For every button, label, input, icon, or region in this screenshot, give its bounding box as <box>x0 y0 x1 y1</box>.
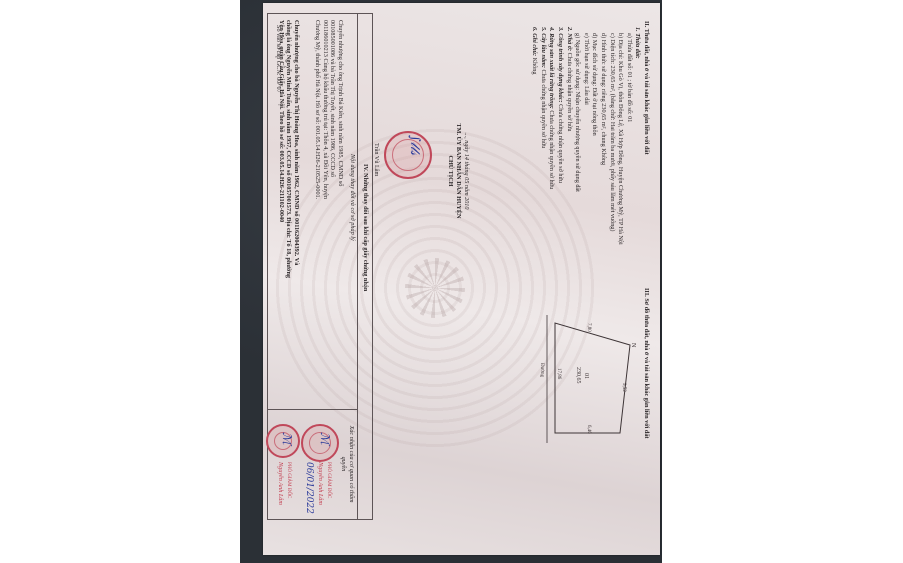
item-row: 5. Cây lâu năm: Chưa chứng nhận quyền sở… <box>538 27 547 245</box>
edge-length: 9,52 <box>621 383 626 392</box>
item-row: 2. Nhà ở: Chưa chứng nhận quyền sở hữu <box>564 27 573 245</box>
confirmation-signature-1: ℳ <box>318 432 332 445</box>
signer-name: Trần Vũ Lâm <box>372 143 380 176</box>
changes-content-column: Nội dung thay đổi và cơ sở pháp lý Chuyể… <box>268 14 358 410</box>
issuing-authority: TM. ỦY BAN NHÂN DÂN HUYỆN <box>454 111 462 231</box>
confirmation-signature-2: ℳ <box>280 432 294 445</box>
issue-block: ..., ngày 14 tháng 05 năm 2010 TM. ỦY BA… <box>446 111 470 231</box>
parcel-number: 01 <box>583 373 589 379</box>
change-entry-2: Chuyển nhượng cho bà Nguyễn Thị Hoàng Ho… <box>278 20 301 280</box>
parcel-line: đ) Mục đích sử dụng: Đất ở tại nông thôn <box>590 33 599 245</box>
parcel-line: d) Hình thức sử dụng: riêng 230,65 m², c… <box>598 33 607 245</box>
section-2-sub1: 1. Thửa đất: <box>633 21 642 245</box>
edge-length: 6,46 <box>586 425 591 434</box>
section-4-title: IV. Những thay đổi sau khi cấp giấy chứn… <box>361 164 369 291</box>
confirm-date: 06/01/2022 <box>304 462 314 514</box>
issue-date: ..., ngày 14 tháng 05 năm 2010 <box>462 111 470 231</box>
changes-table-header: IV. Những thay đổi sau khi cấp giấy chứn… <box>357 14 372 519</box>
edge-length: 17,86 <box>556 368 561 380</box>
confirm2-title: PHÓ GIÁM ĐỐC <box>284 462 292 498</box>
road-label: Đường <box>540 363 544 377</box>
section-2: II. Thửa đất, nhà ở và tài sản khác gắn … <box>530 21 650 245</box>
item-row: 6. Ghi chú: Không <box>530 27 539 245</box>
parcel-area: 230,65 <box>575 367 581 384</box>
item-row: 4. Rừng sản xuất là rừng trồng: Chưa chứ… <box>547 27 556 245</box>
parcel-line: b) Địa chỉ: Khu Gò Vị, thôn Đông Lệ, Xã … <box>616 33 625 245</box>
parcel-line: e) Thời hạn sử dụng: Lâu dài <box>581 33 590 245</box>
parcel-line: c) Diện tích: 230,65 m², (bằng chữ: Hai … <box>607 33 616 245</box>
north-arrow-icon: N <box>630 343 636 348</box>
issuer-title: CHỦ TỊCH <box>446 111 454 231</box>
parcel-sketch-map: 01 230,65 17,86 9,52 6,46 7,80 Đường N <box>540 303 640 453</box>
parcel-line: a) Thửa đất số: 01 ; tờ bản đồ số: 01 <box>624 33 633 245</box>
confirm1-name: Nguyễn Anh Lâm <box>316 462 324 505</box>
confirm1-title: PHÓ GIÁM ĐỐC <box>324 462 332 498</box>
col1-header: Nội dung thay đổi và cơ sở pháp lý <box>348 154 356 241</box>
change-entry-1: Chuyển nhượng cho ông Trịnh Bá Kiên, sin… <box>314 20 344 210</box>
sun-star-icon <box>405 258 465 318</box>
item-row: 3. Công trình xây dựng khác: Chưa chứng … <box>555 27 564 245</box>
section-3-title: III. Sơ đồ thửa đất, nhà ở và tài sản kh… <box>643 288 650 439</box>
confirm2-name: Nguyễn Anh Lâm <box>276 462 284 505</box>
changes-table: IV. Những thay đổi sau khi cấp giấy chứn… <box>267 13 373 520</box>
certificate-page: II. Thửa đất, nhà ở và tài sản khác gắn … <box>263 3 660 555</box>
section-2-title: II. Thửa đất, nhà ở và tài sản khác gắn … <box>641 21 650 245</box>
parcel-line: g) Nguồn gốc sử dụng: Nhận chuyển nhượng… <box>573 33 582 245</box>
col2-header: Xác nhận của cơ quan có thẩm quyền <box>339 419 355 509</box>
edge-length: 7,80 <box>586 323 591 332</box>
chairman-signature: ∫𝓁𝓁𝓈 <box>407 135 422 155</box>
